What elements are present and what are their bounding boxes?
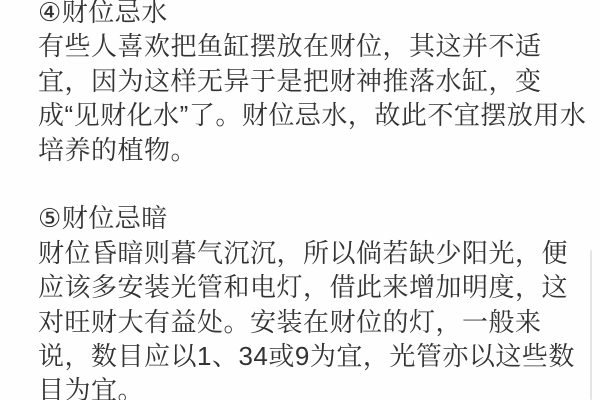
article-page: ④财位忌水 有些人喜欢把鱼缸摆放在财位，其这并不适宜，因为这样无异于是把财神推落… [0,0,600,400]
article-text: ④财位忌水 有些人喜欢把鱼缸摆放在财位，其这并不适宜，因为这样无异于是把财神推落… [38,0,588,400]
section-heading: ⑤财位忌暗 [38,201,588,235]
section-wealth-position-avoid-water: ④财位忌水 有些人喜欢把鱼缸摆放在财位，其这并不适宜，因为这样无异于是把财神推落… [38,0,588,167]
section-heading: ④财位忌水 [38,0,588,29]
section-body: 有些人喜欢把鱼缸摆放在财位，其这并不适宜，因为这样无异于是把财神推落水缸，变成“… [38,29,588,167]
section-body: 财位昏暗则暮气沉沉，所以倘若缺少阳光，便应该多安装光管和电灯，借此来增加明度，这… [38,236,588,400]
section-wealth-position-avoid-darkness: ⑤财位忌暗 财位昏暗则暮气沉沉，所以倘若缺少阳光，便应该多安装光管和电灯，借此来… [38,201,588,400]
scrollbar-thumb[interactable] [590,250,592,400]
